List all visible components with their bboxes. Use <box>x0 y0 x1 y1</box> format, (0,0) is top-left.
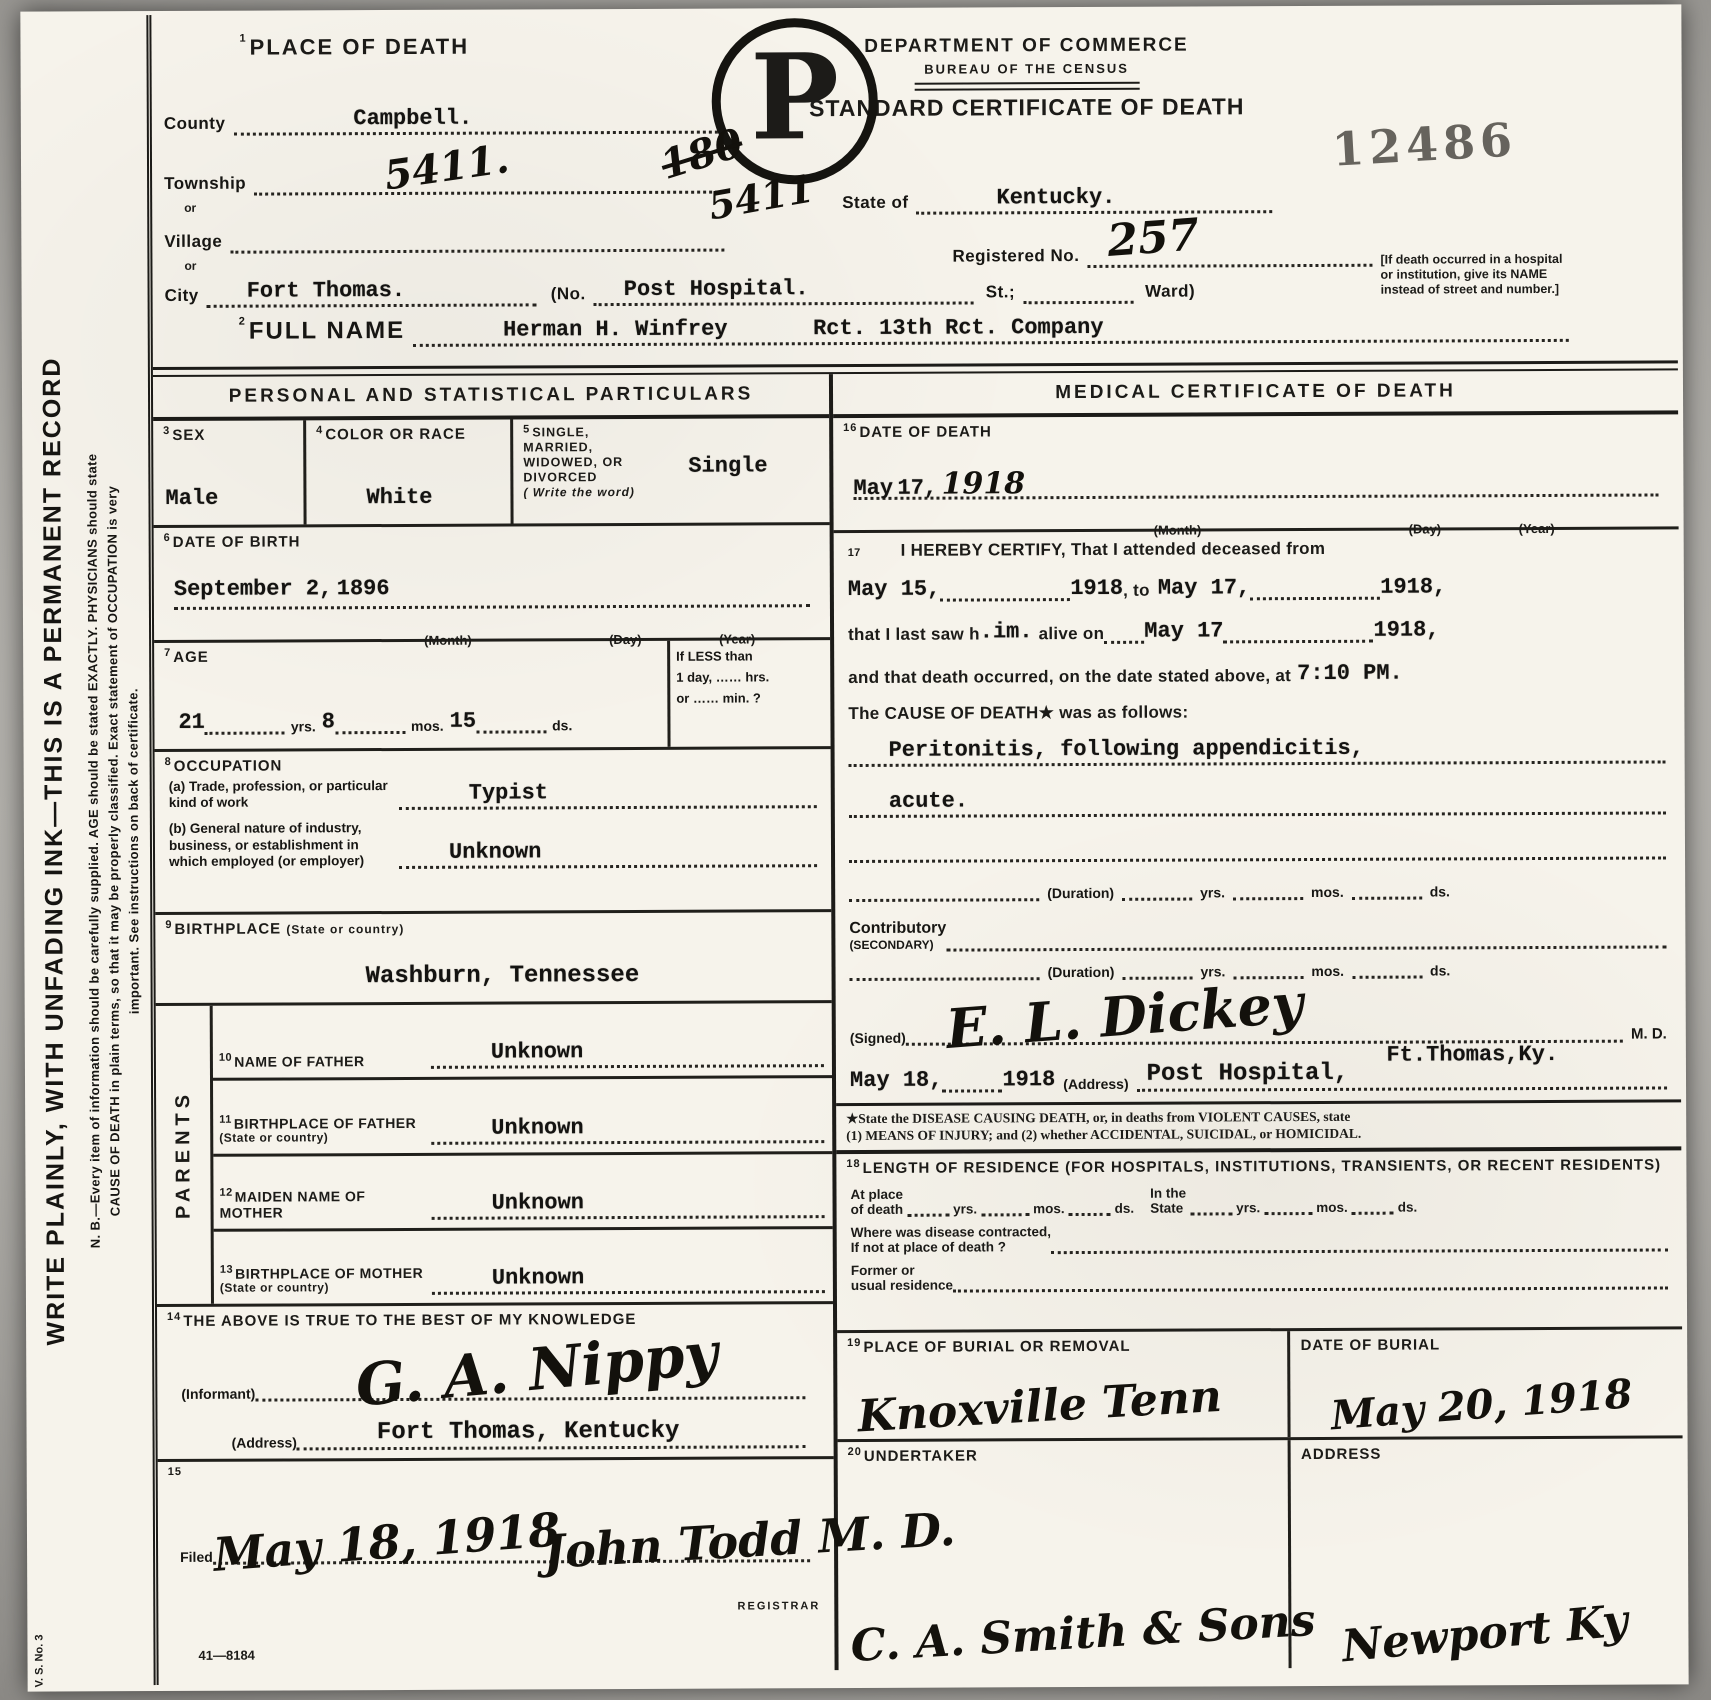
birthplace-label: 9BIRTHPLACE (State or country) <box>155 912 831 938</box>
burial-date-cell: DATE OF BURIAL May 20, 1918 <box>1290 1329 1682 1437</box>
left-margin-band: WRITE PLAINLY, WITH UNFADING INK—THIS IS… <box>20 11 153 1692</box>
dod-entry: May 17, 1918 <box>853 463 1658 500</box>
medical-title: MEDICAL CERTIFICATE OF DEATH <box>833 370 1678 418</box>
margin-note-line3: important. See instructions on back of c… <box>122 41 144 1661</box>
burial-place-cell: 19PLACE OF BURIAL OR REMOVAL Knoxville T… <box>837 1331 1291 1439</box>
field-number: 12 <box>219 1186 232 1198</box>
burial-date-label: DATE OF BURIAL <box>1290 1329 1682 1354</box>
dob-value: September 2, <box>174 576 333 602</box>
dotted-line <box>849 961 1039 981</box>
where-contracted-line: Where was disease contracted,If not at p… <box>837 1221 1682 1255</box>
village-entry <box>230 219 724 254</box>
field-number: 18 <box>846 1158 860 1170</box>
informant-label: (Informant) <box>181 1386 255 1402</box>
field-number: 20 <box>848 1446 862 1458</box>
registered-no-row: Registered No. 257 <box>952 234 1372 269</box>
dod-month-value: May <box>853 476 893 501</box>
at-place-2: of death <box>851 1201 904 1216</box>
scanned-page: WRITE PLAINLY, WITH UNFADING INK—THIS IS… <box>0 0 1711 1700</box>
village-row: Village <box>164 219 724 254</box>
marital-cell: 5SINGLE, MARRIED, WIDOWED, OR DIVORCED (… <box>513 418 829 523</box>
county-value: Campbell. <box>353 106 472 132</box>
marital-label: 5SINGLE, MARRIED, WIDOWED, OR DIVORCED (… <box>513 419 663 500</box>
field-number: 15 <box>168 1466 182 1478</box>
dotted-line <box>942 1073 1002 1092</box>
margin-headline: WRITE PLAINLY, WITH UNFADING INK—THIS IS… <box>36 41 72 1661</box>
informant-address-label: (Address) <box>232 1434 297 1450</box>
father-birthplace-label: 11BIRTHPLACE OF FATHER (State or country… <box>219 1114 431 1153</box>
sex-value: Male <box>165 486 218 511</box>
mother-name-label: 12MAIDEN NAME OF MOTHER <box>219 1187 431 1228</box>
birthplace-caption: BIRTHPLACE <box>174 921 281 938</box>
dotted-line <box>1233 881 1303 900</box>
field-number: 5 <box>523 423 530 435</box>
occupation-a-entry: Typist <box>399 780 817 811</box>
mos-label: mos. <box>1033 1201 1065 1216</box>
field-number: 14 <box>167 1311 181 1323</box>
father-birthplace-row: 11BIRTHPLACE OF FATHER (State or country… <box>213 1078 832 1156</box>
father-name-row: 10NAME OF FATHER Unknown <box>213 1003 832 1081</box>
margin-form-code: V. S. No. 3 <box>33 1635 45 1688</box>
informant-address-entry: Fort Thomas, Kentucky <box>297 1413 806 1450</box>
dotted-line <box>1352 1195 1394 1214</box>
physician-signature: E. L. Dickey <box>944 971 1305 1061</box>
street-no-entry: Post Hospital. <box>594 271 974 306</box>
burial-place-caption: PLACE OF BURIAL OR REMOVAL <box>863 1338 1130 1356</box>
filed-label: Filed <box>180 1549 213 1565</box>
at-place-1: At place <box>850 1186 903 1201</box>
father-birthplace-value: Unknown <box>491 1115 584 1140</box>
last-saw-fill: .im. <box>980 619 1033 644</box>
father-name-caption: NAME OF FATHER <box>234 1053 364 1070</box>
occupation-a-label: (a) Trade, profession, or particular kin… <box>169 778 399 811</box>
informant-entry: G. A. Nippy <box>255 1362 805 1401</box>
age-main-cell: 7AGE 21 yrs. 8 mos. 15 ds. <box>154 641 667 749</box>
burial-date-caption: DATE OF BURIAL <box>1301 1336 1441 1354</box>
certificate-paper: WRITE PLAINLY, WITH UNFADING INK—THIS IS… <box>20 4 1688 1691</box>
registered-no-entry: 257 <box>1087 234 1372 268</box>
ward-label: Ward) <box>1145 282 1195 304</box>
place-of-death-title: 1PLACE OF DEATH <box>239 34 469 61</box>
age-label: 7AGE <box>154 641 667 666</box>
margin-note-line1: N. B.—Every item of information should b… <box>82 41 104 1661</box>
occupation-b-value: Unknown <box>449 839 542 864</box>
field-number: 16 <box>843 422 857 434</box>
dotted-line <box>1122 882 1192 901</box>
footnote-line2: (1) MEANS OF INJURY; and (2) whether ACC… <box>846 1124 1671 1144</box>
where-2: If not at place of death ? <box>851 1239 1006 1255</box>
to-word: , to <box>1123 581 1150 601</box>
city-row: City Fort Thomas. (No. Post Hospital. St… <box>164 270 1364 308</box>
birthplace-row: 9BIRTHPLACE (State or country) Washburn,… <box>155 912 831 1006</box>
filed-line: Filed May 18, 1918 John Todd M. D. <box>166 1519 824 1565</box>
birthplace-value: Washburn, Tennessee <box>365 962 639 990</box>
undertaker-address-caption: ADDRESS <box>1301 1445 1381 1462</box>
medical-column: MEDICAL CERTIFICATE OF DEATH 16DATE OF D… <box>833 370 1684 1670</box>
duration-line-1: (Duration) yrs. mos. ds. <box>835 879 1680 902</box>
cause-entry-2: acute. <box>849 777 1666 818</box>
dotted-line <box>1352 960 1422 979</box>
signed-address-above: Ft.Thomas,Ky. <box>1386 1042 1558 1068</box>
full-name-unit: Rct. 13th Rct. Company <box>813 315 1104 341</box>
race-value: White <box>366 485 432 510</box>
age-years-label: yrs. <box>291 718 316 734</box>
township-entry: 5411. <box>254 161 724 196</box>
informant-section: 14THE ABOVE IS TRUE TO THE BEST OF MY KN… <box>157 1304 834 1462</box>
informant-address-value: Fort Thomas, Kentucky <box>377 1418 680 1446</box>
occupation-a-value: Typist <box>469 781 548 806</box>
filed-date-handwriting: May 18, 1918 <box>211 1502 562 1582</box>
dotted-line <box>1264 1196 1312 1215</box>
city-value: Fort Thomas. <box>247 278 406 304</box>
columns: PERSONAL AND STATISTICAL PARTICULARS 3SE… <box>153 370 1684 1673</box>
field-number: 13 <box>220 1264 233 1276</box>
dotted-line <box>1223 624 1373 644</box>
city-label: City <box>165 286 199 308</box>
stamp-letter: P <box>750 38 839 156</box>
last-saw-prefix: that I last saw h <box>848 624 980 645</box>
attended-to-date: May 17, <box>1158 575 1251 600</box>
dotted-line <box>205 715 285 734</box>
dod-caption: DATE OF DEATH <box>859 423 992 441</box>
certify-intro-line: 17 I HEREBY CERTIFY, That I attended dec… <box>834 529 1679 561</box>
signed-label: (Signed) <box>850 1030 906 1046</box>
dotted-line <box>1069 1196 1111 1215</box>
last-saw-line: that I last saw h .im. alive on May 17 1… <box>834 616 1679 645</box>
attended-from-date: May 15, <box>848 577 941 602</box>
undertaker-label: 20UNDERTAKER <box>838 1440 1288 1465</box>
yrs-label: yrs. <box>1236 1200 1260 1215</box>
marital-caption: SINGLE, MARRIED, WIDOWED, OR DIVORCED <box>523 425 623 484</box>
residence-values-line: At placeof death yrs. mos. ds. In theSta… <box>836 1183 1681 1217</box>
occupation-caption: OCCUPATION <box>174 757 283 774</box>
former-2: usual residence <box>851 1277 953 1292</box>
sex-cell: 3SEX Male <box>153 420 306 525</box>
personal-title: PERSONAL AND STATISTICAL PARTICULARS <box>153 374 829 421</box>
full-name-caption: FULL NAME <box>249 317 405 345</box>
street-no-label: (No. <box>551 284 586 306</box>
township-value: 5411. <box>381 135 512 199</box>
dotted-line <box>1250 581 1380 601</box>
dotted-line <box>1122 961 1192 980</box>
dod-label: 16DATE OF DEATH <box>833 414 1678 441</box>
residence-label: 18LENGTH OF RESIDENCE (FOR HOSPITALS, IN… <box>836 1150 1681 1178</box>
signed-address-entry: Post Hospital, Ft.Thomas,Ky. <box>1137 1056 1668 1091</box>
cause-footnote: ★State the DISEASE CAUSING DEATH, or, in… <box>836 1099 1681 1153</box>
marital-sublabel: ( Write the word) <box>523 485 663 500</box>
mother-birthplace-sublabel: (State or country) <box>220 1281 432 1296</box>
signed-date-value: May 18, <box>850 1068 943 1093</box>
ds-label: ds. <box>1115 1200 1135 1215</box>
field-number: 8 <box>165 756 172 768</box>
burial-place-value: Knoxville Tenn <box>856 1371 1223 1443</box>
signed-year-value: 1918 <box>1002 1067 1055 1092</box>
header-section: 1PLACE OF DEATH County Campbell. Townshi… <box>151 8 1678 367</box>
undertaker-value: C. A. Smith & Sons <box>849 1595 1316 1672</box>
undertaker-address-cell: ADDRESS Newport Ky <box>1291 1438 1684 1668</box>
mos-label: mos. <box>1316 1199 1348 1214</box>
occupation-label: 8OCCUPATION <box>155 749 831 775</box>
field-number: 9 <box>165 919 172 931</box>
contributory-caption: Contributory <box>849 920 946 937</box>
township-row: Township 5411. <box>164 161 724 196</box>
hospital-note: [If death occurred in a hospital or inst… <box>1380 252 1572 298</box>
dob-sublabels: (Month) (Day) (Year) <box>174 631 810 634</box>
dotted-line <box>1104 625 1144 644</box>
age-less-line1: If LESS than <box>676 648 824 664</box>
informant-address-line: (Address) Fort Thomas, Kentucky <box>217 1413 819 1451</box>
cause-entry-1: Peritonitis, following appendicitis, <box>848 726 1665 767</box>
attended-to-year: 1918, <box>1380 574 1446 599</box>
duration-ds-label: ds. <box>1430 962 1450 978</box>
yrs-label: yrs. <box>953 1201 977 1216</box>
dod-year-value: 1918 <box>941 466 1025 501</box>
informant-line: (Informant) G. A. Nippy <box>167 1362 819 1402</box>
certification-section: 17 I HEREBY CERTIFY, That I attended dec… <box>834 529 1681 1103</box>
full-name-row: 2FULL NAME Herman H. Winfrey Rct. 13th R… <box>239 309 1569 348</box>
state-of-row: State of Kentucky. <box>842 180 1272 215</box>
mother-name-value: Unknown <box>491 1190 584 1215</box>
occupation-b-label: (b) General nature of industry, business… <box>169 820 399 870</box>
registered-no-value: 257 <box>1106 209 1201 267</box>
parents-section: PARENTS 10NAME OF FATHER Unknown 11BIRTH… <box>156 1003 833 1307</box>
full-name-label: 2FULL NAME <box>239 317 405 348</box>
at-place-label: At placeof death <box>850 1186 903 1216</box>
cause-line-2: acute. <box>835 777 1680 818</box>
sex-race-marital-row: 3SEX Male 4COLOR OR RACE White 5SINGLE, … <box>153 418 829 528</box>
ds-label: ds. <box>1398 1199 1418 1214</box>
signed-entry: E. L. Dickey <box>906 1004 1623 1046</box>
dob-caption: DATE OF BIRTH <box>173 533 301 551</box>
death-occurred-line: and that death occurred, on the date sta… <box>834 659 1679 688</box>
undertaker-address-label: ADDRESS <box>1291 1438 1683 1463</box>
age-less-cell: If LESS than 1 day, …… hrs. or …… min. ? <box>667 640 830 747</box>
date-of-death-row: 16DATE OF DEATH May 17, 1918 (Month) (Da… <box>833 414 1678 533</box>
truth-statement: 14THE ABOVE IS TRUE TO THE BEST OF MY KN… <box>157 1304 833 1330</box>
blank-entry <box>849 836 1666 863</box>
residence-caption: LENGTH OF RESIDENCE (FOR HOSPITALS, INST… <box>863 1156 1661 1176</box>
contributory-entry <box>946 921 1666 951</box>
attended-from-year: 1918 <box>1070 576 1123 601</box>
county-label: County <box>164 114 226 136</box>
personal-column: PERSONAL AND STATISTICAL PARTICULARS 3SE… <box>153 374 839 1673</box>
cause-line-1: Peritonitis, following appendicitis, <box>834 726 1679 767</box>
former-residence-label: Former orusual residence <box>851 1262 953 1292</box>
parents-rows: 10NAME OF FATHER Unknown 11BIRTHPLACE OF… <box>213 1003 833 1304</box>
in-state-2: State <box>1150 1200 1183 1215</box>
street-no-value: Post Hospital. <box>624 276 809 302</box>
mother-birthplace-row: 13BIRTHPLACE OF MOTHER (State or country… <box>214 1229 833 1304</box>
age-months-value: 8 <box>322 709 335 734</box>
contributory-sublabel: (SECONDARY) <box>849 938 946 952</box>
contributory-label: Contributory (SECONDARY) <box>849 920 946 952</box>
undertaker-caption: UNDERTAKER <box>864 1447 978 1464</box>
or-label: or <box>184 201 196 215</box>
duration-yrs-label: yrs. <box>1200 884 1225 900</box>
duration-mos-label: mos. <box>1311 963 1344 979</box>
place-of-death-label: PLACE OF DEATH <box>250 34 470 60</box>
full-name-entry: Herman H. Winfrey Rct. 13th Rct. Company <box>413 309 1569 347</box>
mother-name-entry: Unknown <box>431 1185 824 1220</box>
race-label: 4COLOR OR RACE <box>306 419 510 443</box>
dotted-line <box>335 715 405 734</box>
md-label: M. D. <box>1631 1025 1667 1042</box>
father-birthplace-caption: BIRTHPLACE OF FATHER <box>234 1115 416 1132</box>
occupation-b-line: (b) General nature of industry, business… <box>155 818 831 870</box>
field-number: 4 <box>316 424 323 436</box>
duration-label: (Duration) <box>1048 964 1115 980</box>
field-number: 2 <box>239 316 247 328</box>
race-cell: 4COLOR OR RACE White <box>306 419 513 524</box>
father-birthplace-sublabel: (State or country) <box>219 1131 431 1146</box>
sex-label: 3SEX <box>153 420 303 444</box>
cause-label-line: The CAUSE OF DEATH★ was as follows: <box>834 700 1679 724</box>
form-number: 41—8184 <box>198 1648 254 1663</box>
occupation-b-entry: Unknown <box>399 838 817 869</box>
signed-address-value: Post Hospital, <box>1147 1060 1349 1088</box>
marital-value: Single <box>688 453 767 478</box>
cause-value-1: Peritonitis, following appendicitis, <box>889 736 1364 763</box>
double-rule <box>914 82 1139 91</box>
undertaker-address-value: Newport Ky <box>1340 1595 1630 1672</box>
dod-day-value: 17, <box>897 476 937 501</box>
age-months-label: mos. <box>411 718 444 734</box>
age-years-value: 21 <box>178 710 205 735</box>
residence-section: 18LENGTH OF RESIDENCE (FOR HOSPITALS, IN… <box>836 1150 1682 1333</box>
occupation-a-line: (a) Trade, profession, or particular kin… <box>155 776 831 811</box>
mother-name-row: 12MAIDEN NAME OF MOTHER Unknown <box>213 1154 832 1232</box>
burial-date-value: May 20, 1918 <box>1329 1370 1634 1439</box>
filed-number: 15 <box>158 1459 834 1485</box>
burial-row: 19PLACE OF BURIAL OR REMOVAL Knoxville T… <box>837 1329 1682 1442</box>
duration-mos-label: mos. <box>1311 884 1344 900</box>
death-time-value: 7:10 PM. <box>1297 661 1403 686</box>
certify-dates-line: May 15, 1918 , to May 17, 1918, <box>834 573 1679 602</box>
registrar-label: REGISTRAR <box>738 1600 821 1612</box>
ward-entry <box>1023 271 1133 304</box>
mother-name-caption: MAIDEN NAME OF MOTHER <box>220 1188 366 1221</box>
mother-birthplace-caption: BIRTHPLACE OF MOTHER <box>235 1265 423 1282</box>
certificate-form: 1PLACE OF DEATH County Campbell. Townshi… <box>146 8 1683 1685</box>
cause-of-death-label: The CAUSE OF DEATH★ was as follows: <box>848 703 1188 724</box>
dotted-line <box>907 1197 949 1216</box>
former-residence-line: Former orusual residence <box>837 1259 1682 1293</box>
parents-band: PARENTS <box>156 1006 214 1304</box>
birthplace-sublabel: (State or country) <box>286 922 404 937</box>
age-days-label: ds. <box>552 717 572 733</box>
signed-address-label: (Address) <box>1063 1076 1128 1092</box>
contributory-line: Contributory (SECONDARY) <box>835 916 1680 952</box>
filed-entry: May 18, 1918 John Todd M. D. <box>213 1519 811 1565</box>
dob-entry: September 2, 1896 <box>174 574 810 610</box>
or-label: or <box>184 259 196 273</box>
duration-ds-label: ds. <box>1430 883 1450 899</box>
cause-value-2: acute. <box>889 789 968 814</box>
county-entry: Campbell. <box>233 101 724 136</box>
field-number: 19 <box>847 1337 861 1349</box>
undertaker-cell: 20UNDERTAKER C. A. Smith & Sons <box>838 1440 1292 1670</box>
father-name-value: Unknown <box>491 1039 584 1064</box>
race-caption: COLOR OR RACE <box>325 426 466 444</box>
certify-intro: I HEREBY CERTIFY, That I attended deceas… <box>901 539 1326 561</box>
dotted-line <box>981 1197 1029 1216</box>
sex-caption: SEX <box>172 427 205 444</box>
field-number: 1 <box>239 33 247 45</box>
father-birthplace-entry: Unknown <box>431 1110 824 1145</box>
dotted-line <box>476 714 546 733</box>
state-of-label: State of <box>842 193 908 215</box>
margin-note-line2: CAUSE OF DEATH in plain terms, so that i… <box>102 41 124 1661</box>
mother-birthplace-label: 13BIRTHPLACE OF MOTHER (State or country… <box>220 1265 432 1304</box>
field-number: 6 <box>164 532 171 544</box>
last-saw-year: 1918, <box>1373 617 1439 642</box>
dotted-line <box>849 882 1039 902</box>
field-number: 7 <box>164 647 171 659</box>
truth-caption: THE ABOVE IS TRUE TO THE BEST OF MY KNOW… <box>183 1311 636 1330</box>
registered-no-label: Registered No. <box>952 246 1079 269</box>
burial-place-label: 19PLACE OF BURIAL OR REMOVAL <box>837 1331 1287 1356</box>
dotted-line <box>1190 1196 1232 1215</box>
village-label: Village <box>164 232 222 254</box>
age-values-line: 21 yrs. 8 mos. 15 ds. <box>164 708 657 735</box>
age-row: 7AGE 21 yrs. 8 mos. 15 ds. <box>154 640 830 752</box>
undertaker-row: 20UNDERTAKER C. A. Smith & Sons ADDRESS … <box>838 1438 1684 1670</box>
where-contracted-entry <box>1051 1228 1668 1254</box>
former-1: Former or <box>851 1262 915 1277</box>
street-label: St.; <box>986 282 1015 304</box>
parents-label: PARENTS <box>172 1090 196 1219</box>
dod-sublabels: (Month) (Day) (Year) <box>854 520 1659 524</box>
in-state-label: In theState <box>1150 1185 1186 1215</box>
state-of-entry: Kentucky. <box>916 180 1272 215</box>
field-number: 17 <box>848 547 861 559</box>
full-name-value: Herman H. Winfrey <box>503 317 728 343</box>
stamped-file-number: 12486 <box>1331 112 1519 176</box>
mother-birthplace-entry: Unknown <box>432 1260 825 1295</box>
last-saw-mid: alive on <box>1039 624 1105 644</box>
age-less-line2: 1 day, …… hrs. <box>676 669 824 685</box>
signed-date-address-line: May 18, 1918 (Address) Post Hospital, Ft… <box>836 1056 1681 1093</box>
former-residence-entry <box>953 1266 1668 1292</box>
cause-blank-line <box>835 836 1680 863</box>
city-entry: Fort Thomas. <box>207 273 537 307</box>
field-number: 10 <box>219 1052 232 1064</box>
dotted-line <box>940 582 1070 602</box>
age-caption: AGE <box>173 649 209 666</box>
age-days-value: 15 <box>450 709 477 734</box>
where-1: Where was disease contracted, <box>851 1224 1051 1240</box>
father-name-entry: Unknown <box>431 1034 824 1069</box>
dob-label: 6DATE OF BIRTH <box>154 525 830 551</box>
father-name-label: 10NAME OF FATHER <box>219 1053 431 1078</box>
dob-year: 1896 <box>337 576 390 601</box>
dotted-line <box>1352 881 1422 900</box>
signed-line: (Signed) E. L. Dickey M. D. <box>836 1003 1681 1046</box>
date-of-birth-row: 6DATE OF BIRTH September 2, 1896 (Month)… <box>154 525 830 643</box>
age-less-line3: or …… min. ? <box>676 690 824 706</box>
death-occurred-text: and that death occurred, on the date sta… <box>848 666 1291 688</box>
in-state-1: In the <box>1150 1185 1186 1200</box>
county-row: County Campbell. <box>164 101 724 136</box>
mother-birthplace-value: Unknown <box>492 1265 585 1290</box>
duration-label: (Duration) <box>1047 885 1114 901</box>
informant-signature: G. A. Nippy <box>353 1319 721 1420</box>
field-number: 3 <box>163 425 170 437</box>
field-number: 11 <box>219 1113 232 1125</box>
filed-section: 15 Filed May 18, 1918 John Todd M. D. RE… <box>158 1459 835 1673</box>
where-contracted-label: Where was disease contracted,If not at p… <box>851 1224 1051 1255</box>
township-label: Township <box>164 174 246 196</box>
